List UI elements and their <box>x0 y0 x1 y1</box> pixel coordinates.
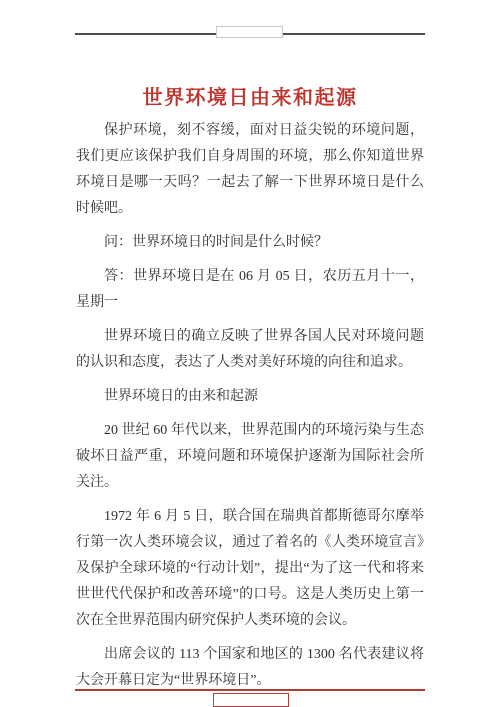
page-title: 世界环境日由来和起源 <box>0 81 500 110</box>
paragraph-intro: 保护环境，刻不容缓，面对日益尖锐的环境问题，我们更应该保护我们自身周围的环境，那… <box>76 118 424 222</box>
paragraph-significance: 世界环境日的确立反映了世界各国人民对环境问题的认识和态度，表达了人类对美好环境的… <box>76 324 424 376</box>
paragraph-question: 问：世界环境日的时间是什么时候？ <box>76 230 424 256</box>
document-page: 世界环境日由来和起源 保护环境，刻不容缓，面对日益尖锐的环境问题，我们更应该保护… <box>0 0 500 707</box>
paragraph-conference: 1972 年 6 月 5 日，联合国在瑞典首都斯德哥尔摩举行第一次人类环境会议，… <box>76 504 424 634</box>
paragraph-section-heading: 世界环境日的由来和起源 <box>76 384 424 410</box>
header-frame <box>216 26 283 38</box>
paragraph-delegates: 出席会议的 113 个国家和地区的 1300 名代表建议将大会开幕日定为“世界环… <box>76 642 424 694</box>
footer-rule <box>75 689 425 691</box>
paragraph-background: 20 世纪 60 年代以来，世界范围内的环境污染与生态破坏日益严重，环境问题和环… <box>76 418 424 496</box>
document-body: 保护环境，刻不容缓，面对日益尖锐的环境问题，我们更应该保护我们自身周围的环境，那… <box>76 118 424 702</box>
footer-frame <box>213 693 289 707</box>
paragraph-answer: 答：世界环境日是在 06 月 05 日，农历五月十一，星期一 <box>76 264 424 316</box>
